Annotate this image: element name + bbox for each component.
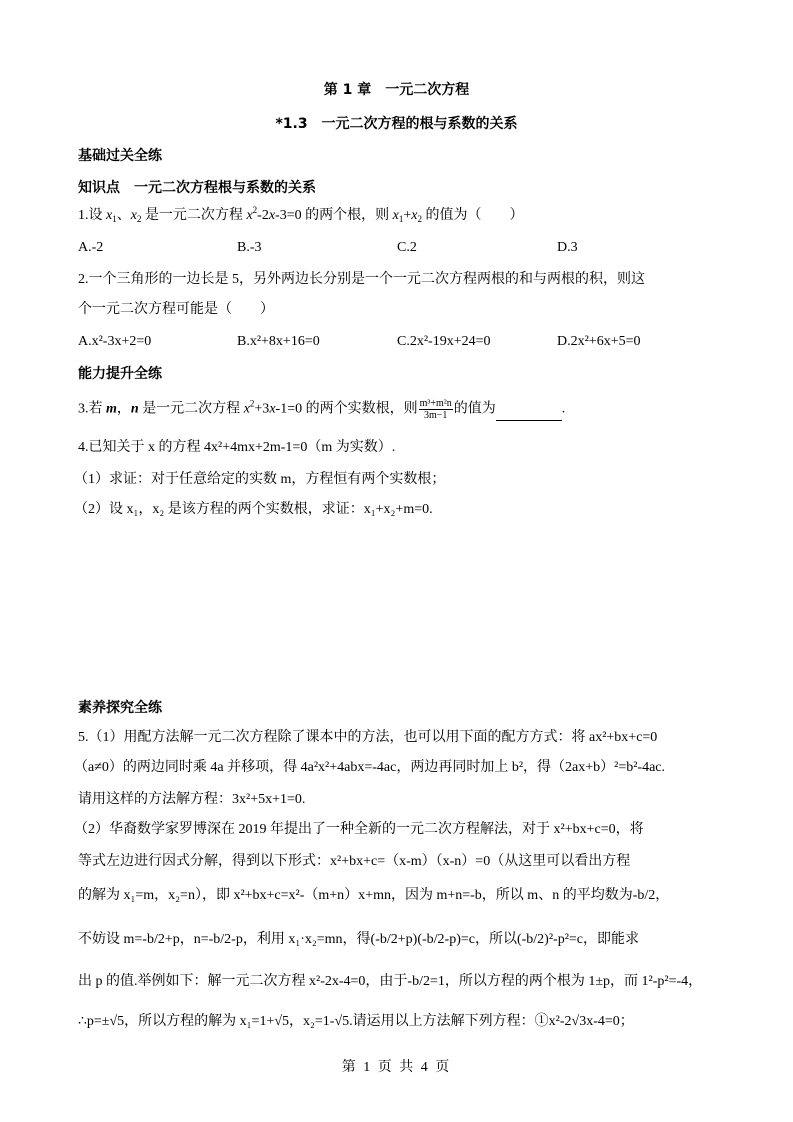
question-1-option-a: A.-2: [78, 238, 103, 258]
question-4-stem: 4.已知关于 x 的方程 4x²+4mx+2m-1=0（m 为实数）.: [78, 438, 395, 458]
question-4-part-2: （2）设 x₁，x₂ 是该方程的两个实数根，求证：x₁+x₂+m=0.: [74, 500, 433, 520]
question-5-part-2-line-2: 等式左边进行因式分解，得到以下形式：x²+bx+c=（x-m）（x-n）=0（从…: [78, 852, 630, 872]
question-5-part-2-line-4: 不妨设 m=-b/2+p，n=-b/2-p，利用 x₁·x₂=mn，得(-b/2…: [78, 930, 639, 950]
heading-basic: 基础过关全练: [78, 146, 162, 166]
section-title: *1.3 一元二次方程的根与系数的关系: [0, 114, 793, 134]
question-1-option-b: B.-3: [237, 238, 262, 258]
fraction: m³+m²n3m−1: [419, 398, 453, 421]
question-1-option-c: C.2: [397, 238, 417, 258]
question-3: 3.若 m，n 是一元二次方程 x2+3x-1=0 的两个实数根，则m³+m²n…: [78, 398, 565, 421]
question-5-part-1-line-3: 请用这样的方法解方程：3x²+5x+1=0.: [78, 790, 305, 810]
question-4-part-1: （1）求证：对于任意给定的实数 m，方程恒有两个实数根；: [74, 470, 445, 490]
question-2-line-2: 个一元二次方程可能是（ ）: [78, 300, 274, 320]
heading-ability: 能力提升全练: [78, 364, 162, 384]
answer-blank[interactable]: [496, 406, 562, 421]
question-5-part-2-line-1: （2）华裔数学家罗博深在 2019 年提出了一种全新的一元二次方程解法，对于 x…: [74, 820, 644, 840]
question-2-option-a: A.x²-3x+2=0: [78, 332, 151, 352]
question-5-part-1-line-2: （a≠0）的两边同时乘 4a 并移项，得 4a²x²+4abx=-4ac，两边再…: [74, 758, 665, 778]
question-1-option-d: D.3: [557, 238, 578, 258]
question-2-line-1: 2.一个三角形的一边长是 5，另外两边长分别是一个一元二次方程两根的和与两根的积…: [78, 270, 645, 290]
heading-knowledge-point: 知识点 一元二次方程根与系数的关系: [78, 178, 316, 198]
question-5-part-2-line-3: 的解为 x₁=m，x₂=n），即 x²+bx+c=x²-（m+n）x+mn，因为…: [78, 886, 669, 906]
question-5-part-2-line-6: ∴p=±√5，所以方程的解为 x₁=1+√5，x₂=1-√5.请运用以上方法解下…: [78, 1012, 634, 1032]
question-1-stem: 1.设 x1、x2 是一元二次方程 x2-2x-3=0 的两个根，则 x1+x2…: [78, 206, 523, 226]
question-2-option-b: B.x²+8x+16=0: [237, 332, 320, 352]
page-footer: 第 1 页 共 4 页: [0, 1056, 793, 1076]
chapter-title: 第 1 章 一元二次方程: [0, 80, 793, 100]
question-5-part-2-line-5: 出 p 的值.举例如下：解一元二次方程 x²-2x-4=0，由于-b/2=1，所…: [78, 972, 702, 992]
question-2-option-d: D.2x²+6x+5=0: [557, 332, 641, 352]
question-2-option-c: C.2x²-19x+24=0: [397, 332, 491, 352]
question-5-part-1-line-1: 5.（1）用配方法解一元二次方程除了课本中的方法，也可以用下面的配方方式：将 a…: [78, 728, 657, 748]
heading-literacy: 素养探究全练: [78, 698, 162, 718]
